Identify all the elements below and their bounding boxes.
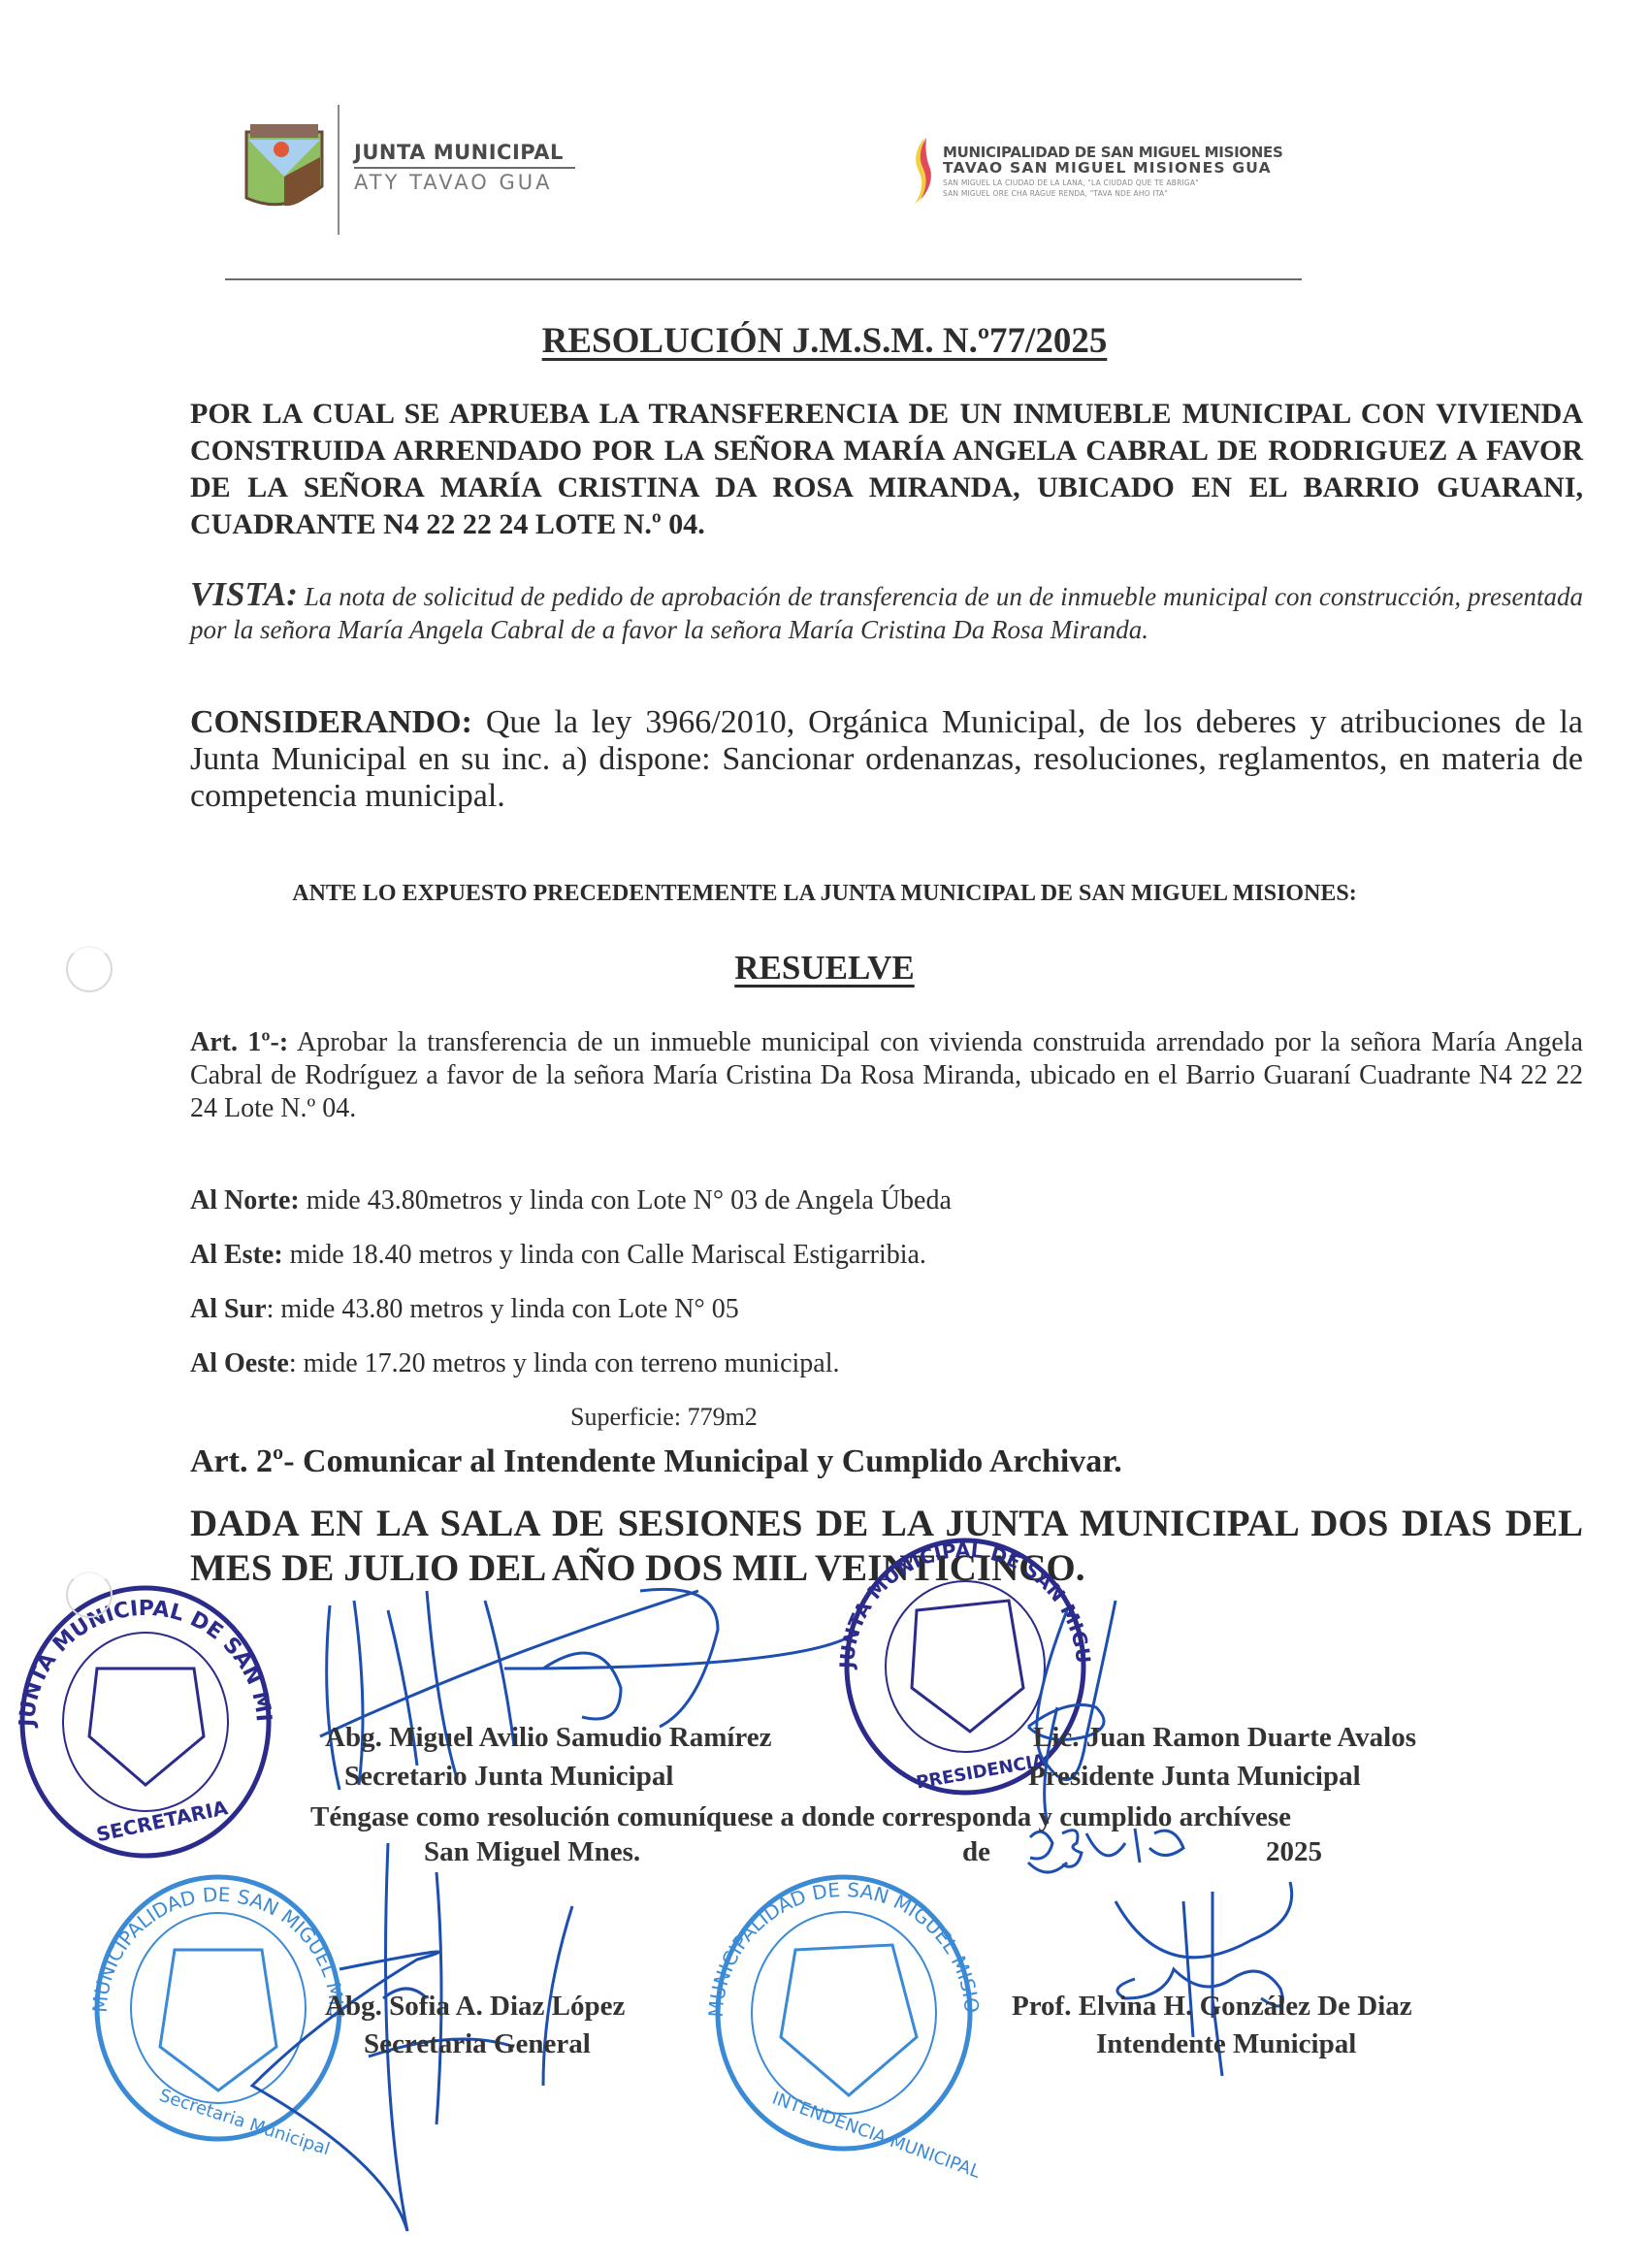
header-divider (225, 278, 1302, 280)
secretario-junta-name: Abg. Miguel Avilio Samudio Ramírez (325, 1722, 772, 1754)
municipality-guarani-name: TAVAO SAN MIGUEL MISIONES GUA (943, 159, 1272, 177)
article-2: Art. 2º- Comunicar al Intendente Municip… (190, 1443, 1122, 1480)
article-1-text: Aprobar la transferencia de un inmueble … (190, 1027, 1583, 1123)
boundary-text: : mide 17.20 metros y linda con terreno … (289, 1348, 840, 1378)
secretaria-general-role: Secretaria General (364, 2028, 591, 2060)
boundary-text: mide 18.40 metros y linda con Calle Mari… (283, 1240, 926, 1270)
resolution-subject: POR LA CUAL SE APRUEBA LA TRANSFERENCIA … (190, 396, 1583, 543)
secretario-junta-role: Secretario Junta Municipal (344, 1761, 673, 1793)
date-de: de (962, 1836, 990, 1868)
article-1: Art. 1º-: Aprobar la transferencia de un… (190, 1026, 1583, 1125)
vista-text: La nota de solicitud de pedido de aproba… (190, 582, 1583, 644)
junta-subtitle: ATY TAVAO GUA (354, 171, 553, 194)
vista-paragraph: VISTA: La nota de solicitud de pedido de… (190, 578, 1583, 646)
header-separator (338, 105, 339, 235)
boundary-text: : mide 43.80 metros y linda con Lote N° … (267, 1294, 739, 1324)
flame-icon (907, 136, 934, 206)
presidente-junta-role: Presidente Junta Municipal (1028, 1761, 1361, 1793)
boundary-label: Al Oeste (190, 1348, 289, 1378)
intendente-name: Prof. Elvina H. González De Diaz (1012, 1991, 1412, 2023)
boundary-text: mide 43.80metros y linda con Lote N° 03 … (300, 1185, 952, 1215)
junta-title: JUNTA MUNICIPAL (354, 141, 564, 164)
svg-text:INTENDENCIA MUNICIPAL: INTENDENCIA MUNICIPAL (769, 2089, 983, 2183)
boundary-label: Al Este: (190, 1240, 283, 1270)
considerando-paragraph: CONSIDERANDO: Que la ley 3966/2010, Orgá… (190, 704, 1583, 815)
municipal-shield-icon (241, 118, 328, 215)
boundary-north: Al Norte: mide 43.80metros y linda con L… (190, 1185, 952, 1216)
secretaria-general-name: Abg. Sofia A. Diaz López (325, 1991, 625, 2023)
resuelve-heading: RESUELVE (0, 949, 1649, 988)
signature-secretario-junta (320, 1589, 844, 1790)
boundary-label: Al Sur (190, 1294, 267, 1324)
svg-text:JUNTA MUNICIPAL DE SAN MIGUEL: JUNTA MUNICIPAL DE SAN MIGUEL MISIONES (0, 0, 1095, 1670)
junta-title-rule (354, 167, 575, 169)
resolution-title-text: RESOLUCIÓN J.M.S.M. N.º77/2025 (542, 321, 1108, 361)
svg-text:SECRETARIA: SECRETARIA (94, 1796, 230, 1846)
place-text: San Miguel Mnes. (424, 1836, 640, 1868)
ante-heading: ANTE LO EXPUESTO PRECEDENTEMENTE LA JUNT… (0, 881, 1649, 907)
svg-text:MUNICIPALIDAD DE SAN MIGUEL MI: MUNICIPALIDAD DE SAN MIGUEL MISIONES (0, 0, 984, 2018)
handwritten-date (1028, 1829, 1183, 1872)
boundary-west: Al Oeste: mide 17.20 metros y linda con … (190, 1348, 840, 1379)
boundary-label: Al Norte: (190, 1185, 300, 1215)
considerando-label: CONSIDERANDO: (190, 704, 472, 740)
dada-en-la-sala: DADA EN LA SALA DE SESIONES DE LA JUNTA … (190, 1502, 1583, 1591)
municipality-slogan-2: SAN MIGUEL ORE CHA RAGUE RENDA, "TAVA ND… (943, 189, 1168, 198)
svg-text:Secretaria Municipal: Secretaria Municipal (157, 2086, 333, 2160)
resuelve-text: RESUELVE (734, 949, 914, 987)
article-1-label: Art. 1º-: (190, 1027, 288, 1057)
boundary-east: Al Este: mide 18.40 metros y linda con C… (190, 1240, 926, 1271)
punch-hole (66, 946, 113, 992)
presidente-junta-name: Lic. Juan Ramon Duarte Avalos (1033, 1722, 1416, 1754)
surface-area: Superficie: 779m2 (570, 1403, 758, 1432)
resolution-title: RESOLUCIÓN J.M.S.M. N.º77/2025 (0, 320, 1649, 362)
svg-text:MUNICIPALIDAD DE SAN MIGUEL MI: MUNICIPALIDAD DE SAN MIGUEL MISIONES (0, 0, 348, 2019)
vista-label: VISTA: (190, 575, 298, 613)
tengase-line: Téngase como resolución comuníquese a do… (310, 1801, 1291, 1833)
boundary-south: Al Sur: mide 43.80 metros y linda con Lo… (190, 1294, 739, 1325)
punch-hole (66, 1571, 113, 1618)
municipality-slogan-1: SAN MIGUEL LA CIUDAD DE LA LANA, "LA CIU… (943, 178, 1199, 187)
intendente-role: Intendente Municipal (1096, 2028, 1356, 2060)
date-year: 2025 (1266, 1836, 1322, 1868)
